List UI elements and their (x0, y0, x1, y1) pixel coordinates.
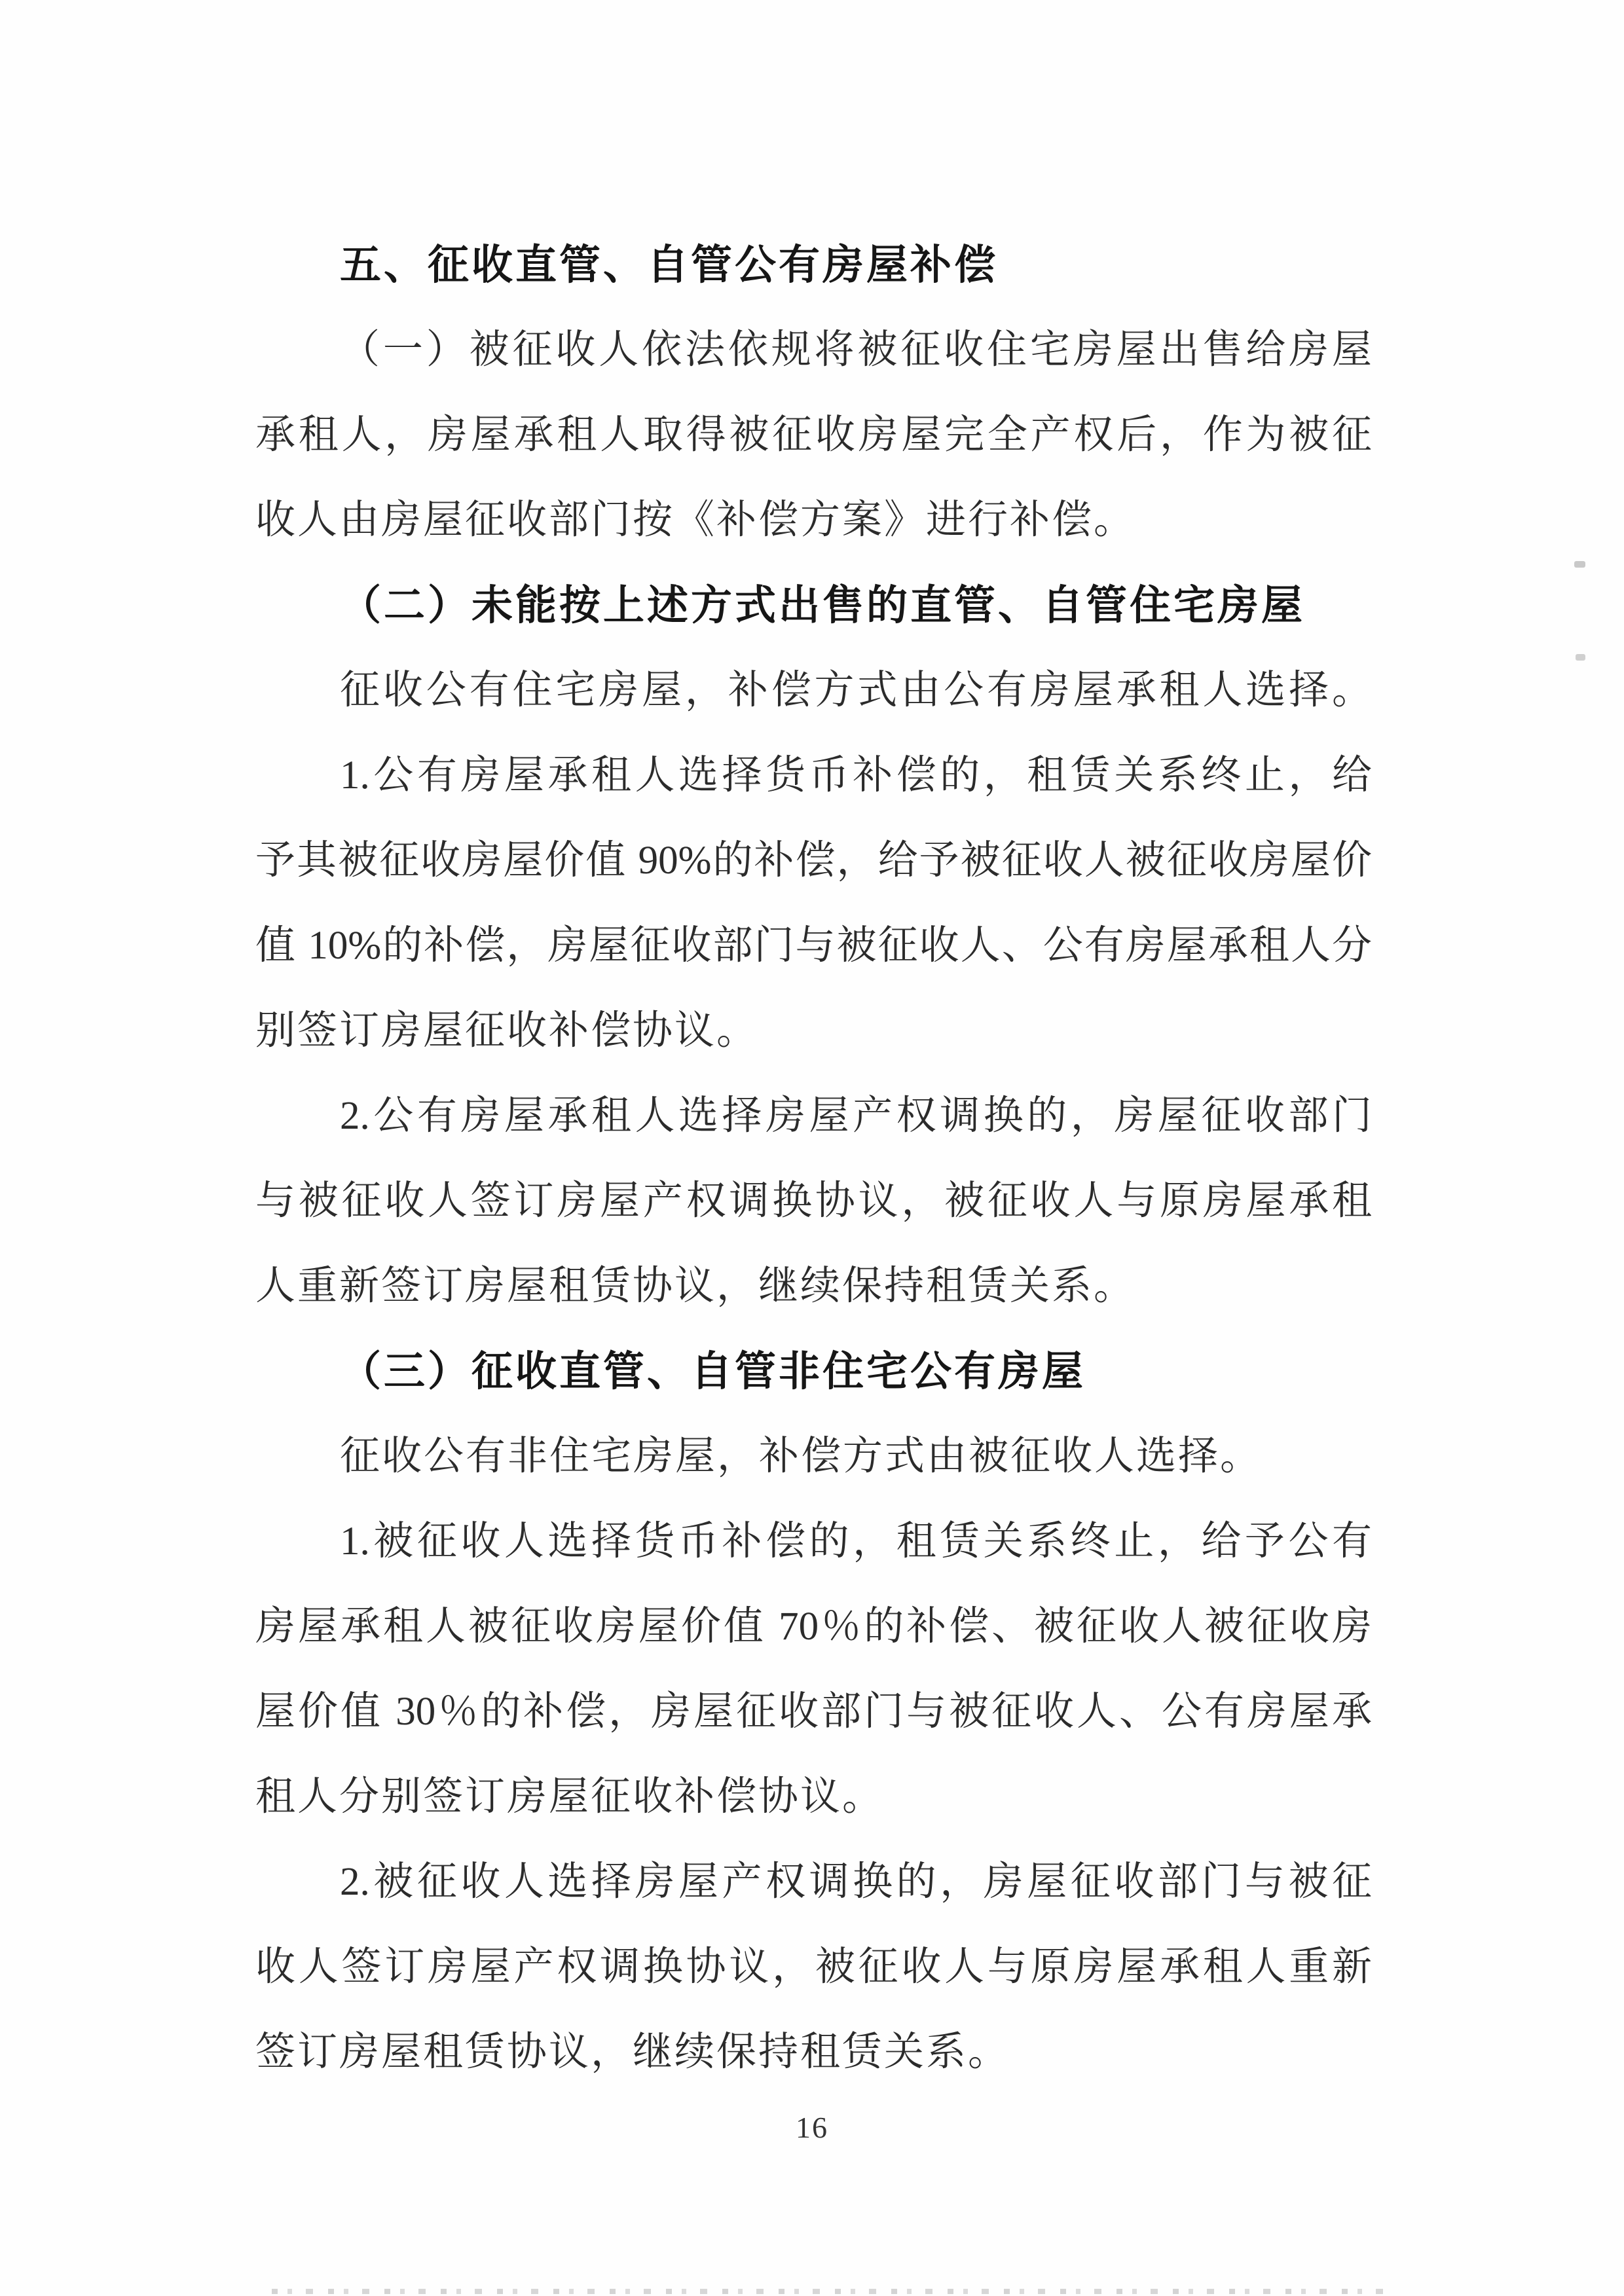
page-edge-artifact (272, 2289, 1385, 2294)
clause-3-item-2-line-2: 收人签订房屋产权调换协议，被征收人与原房屋承租人重新 (255, 1925, 1372, 2010)
scan-speck (1576, 654, 1585, 661)
clause-1-line-3: 收人由房屋征收部门按《补偿方案》进行补偿。 (255, 478, 1372, 563)
scanned-document-page: 五、征收直管、自管公有房屋补偿 （一）被征收人依法依规将被征收住宅房屋出售给房屋… (0, 0, 1624, 2296)
clause-2-item-1-line-4: 别签订房屋征收补偿协议。 (255, 989, 1372, 1074)
clause-3-intro: 征收公有非住宅房屋，补偿方式由被征收人选择。 (255, 1414, 1372, 1499)
clause-1-line-2: 承租人，房屋承租人取得被征收房屋完全产权后，作为被征 (255, 393, 1372, 478)
section-5-heading: 五、征收直管、自管公有房屋补偿 (255, 223, 1372, 308)
clause-2-item-2-line-3: 人重新签订房屋租赁协议，继续保持租赁关系。 (255, 1244, 1372, 1329)
clause-3-item-1-line-3: 屋价值 30％的补偿，房屋征收部门与被征收人、公有房屋承 (255, 1669, 1372, 1755)
clause-2-item-1-line-1: 1.公有房屋承租人选择货币补偿的，租赁关系终止，给 (255, 733, 1372, 818)
clause-1-line-1: （一）被征收人依法依规将被征收住宅房屋出售给房屋 (255, 308, 1372, 393)
scan-speck (1574, 561, 1585, 568)
clause-2-heading: （二）未能按上述方式出售的直管、自管住宅房屋 (255, 563, 1372, 648)
clause-3-item-2-line-1: 2.被征收人选择房屋产权调换的，房屋征收部门与被征 (255, 1840, 1372, 1925)
clause-2-item-2-line-2: 与被征收人签订房屋产权调换协议，被征收人与原房屋承租 (255, 1159, 1372, 1244)
clause-3-item-1-line-1: 1.被征收人选择货币补偿的，租赁关系终止，给予公有 (255, 1499, 1372, 1584)
clause-3-item-2-line-3: 签订房屋租赁协议，继续保持租赁关系。 (255, 2010, 1372, 2095)
clause-3-item-1-line-4: 租人分别签订房屋征收补偿协议。 (255, 1755, 1372, 1840)
clause-2-item-1-line-2: 予其被征收房屋价值 90%的补偿，给予被征收人被征收房屋价 (255, 818, 1372, 903)
clause-2-intro: 征收公有住宅房屋，补偿方式由公有房屋承租人选择。 (255, 648, 1372, 733)
clause-2-item-2-line-1: 2.公有房屋承租人选择房屋产权调换的，房屋征收部门 (255, 1074, 1372, 1159)
clause-2-item-1-line-3: 值 10%的补偿，房屋征收部门与被征收人、公有房屋承租人分 (255, 903, 1372, 989)
page-number: 16 (0, 2098, 1624, 2157)
clause-3-heading: （三）征收直管、自管非住宅公有房屋 (255, 1329, 1372, 1414)
clause-3-item-1-line-2: 房屋承租人被征收房屋价值 70％的补偿、被征收人被征收房 (255, 1584, 1372, 1669)
document-body: 五、征收直管、自管公有房屋补偿 （一）被征收人依法依规将被征收住宅房屋出售给房屋… (255, 223, 1372, 2095)
